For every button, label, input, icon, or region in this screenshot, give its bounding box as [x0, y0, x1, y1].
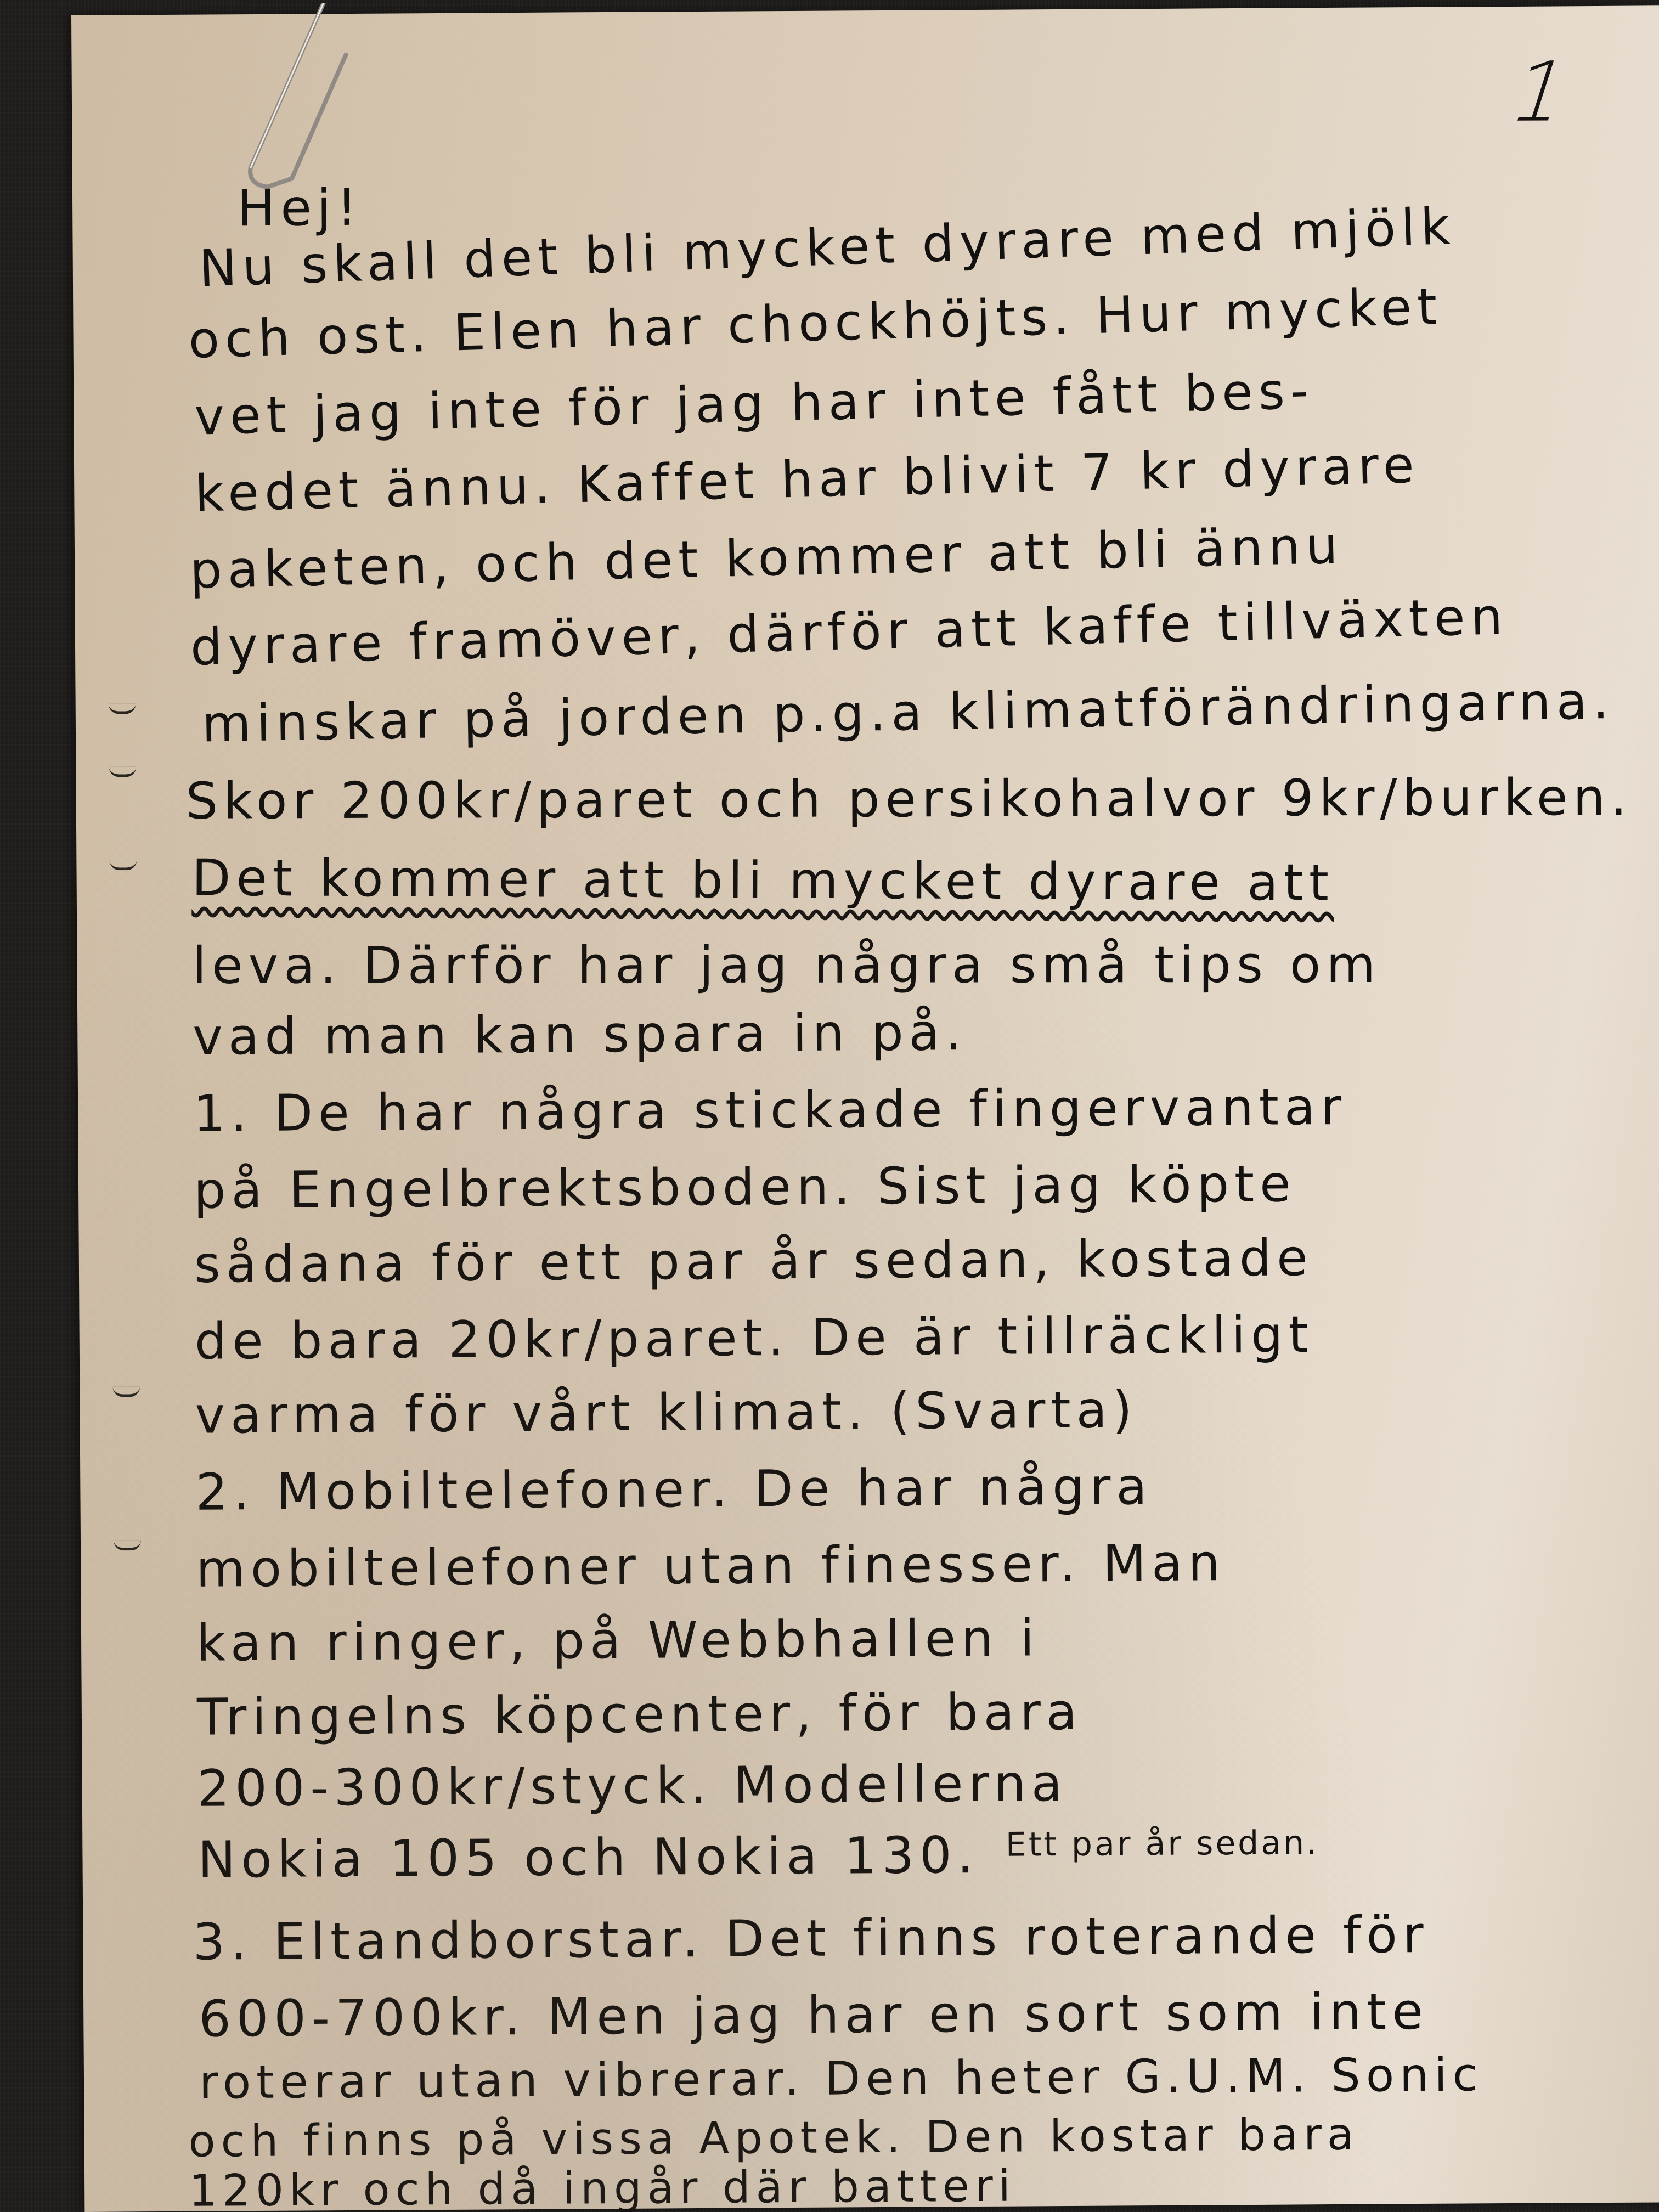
tip-2-annotation: Ett par år sedan. — [1006, 1824, 1319, 1864]
greeting: Hej! — [237, 178, 363, 238]
margin-mark — [109, 703, 136, 714]
tip-3-line: roterar utan vibrerar. Den heter G.U.M. … — [199, 2047, 1483, 2109]
tip-1-line: 1. De har några stickade fingervantar — [193, 1077, 1347, 1143]
text-line: paketen, och det kommer att bli ännu — [189, 516, 1344, 600]
margin-mark — [109, 860, 137, 870]
tip-3-line: 3. Eltandborstar. Det finns roterande fö… — [193, 1905, 1429, 1972]
tip-2-line: kan ringer, på Webbhallen i — [196, 1609, 1040, 1672]
tip-3-line: 600-700kr. Men jag har en sort som inte — [199, 1982, 1429, 2049]
tip-1-line: de bara 20kr/paret. De är tillräckligt — [194, 1305, 1314, 1370]
tip-2-models: Nokia 105 och Nokia 130. — [198, 1826, 979, 1889]
text-line: vet jag inte för jag har inte fått bes- — [194, 362, 1314, 447]
tip-1-line: på Engelbrektsboden. Sist jag köpte — [194, 1154, 1296, 1220]
tip-2-line: Tringelns köpcenter, för bara — [197, 1683, 1083, 1747]
margin-mark — [112, 1386, 140, 1397]
tip-1-line: sådana för ett par år sedan, kostade — [194, 1228, 1313, 1294]
text-line: kedet ännu. Kaffet har blivit 7 kr dyrar… — [194, 436, 1420, 523]
letter-page: 1 Hej! Nu skall det bli mycket dyrare me… — [71, 5, 1659, 2212]
page-number: 1 — [1499, 44, 1582, 140]
tip-1-line: varma för vårt klimat. (Svarta) — [195, 1380, 1138, 1444]
text-line: leva. Därför har jag några små tips om — [193, 935, 1381, 995]
tip-2-line: 2. Mobiltelefoner. De har några — [195, 1457, 1153, 1522]
margin-mark — [114, 1540, 141, 1550]
paperclip-icon — [208, 3, 374, 201]
tip-3-line: och finns på vissa Apotek. Den kostar ba… — [188, 2109, 1359, 2167]
tip-2-line: 200-300kr/styck. Modellerna — [197, 1754, 1068, 1818]
text-line: dyrare framöver, därför att kaffe tillvä… — [190, 587, 1509, 677]
margin-mark — [109, 766, 136, 777]
text-line-underlined: Det kommer att bli mycket dyrare att — [191, 849, 1334, 912]
tip-3-line: 120kr och då ingår där batteri — [189, 2160, 1016, 2212]
tip-2-line: mobiltelefoner utan finesser. Man — [196, 1533, 1226, 1598]
text-line: Skor 200kr/paret och persikohalvor 9kr/b… — [186, 768, 1633, 831]
text-line: vad man kan spara in på. — [193, 1003, 967, 1066]
text-line: minskar på jorden p.g.a klimatförändring… — [201, 672, 1615, 754]
tip-2-line: Nokia 105 och Nokia 130. Ett par år seda… — [198, 1824, 1319, 1889]
